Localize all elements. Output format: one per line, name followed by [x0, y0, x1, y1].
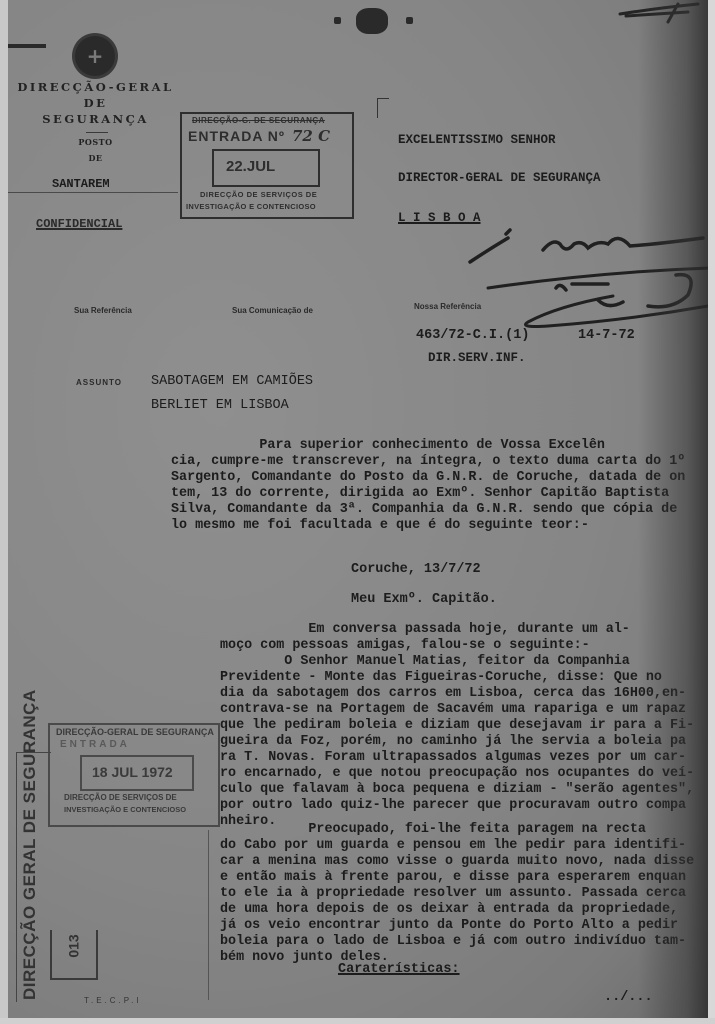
label-sua-comunicacao: Sua Comunicação de — [232, 306, 313, 315]
posto-label: POSTO — [8, 137, 183, 147]
letter-line: Em conversa passada hoje, durante um al- — [220, 622, 630, 637]
subject-label: ASSUNTO — [76, 378, 122, 387]
stamp-footer2: INVESTIGAÇÃO E CONTENCIOSO — [186, 202, 316, 211]
page-mark-dot — [334, 17, 341, 24]
stamp-entry-label: ENTRADA — [60, 739, 130, 750]
addressee-line2: DIRECTOR-GERAL DE SEGURANÇA — [398, 171, 601, 185]
intro-line: Sargento, Comandante do Posto da G.N.R. … — [171, 470, 685, 485]
letter-line: que lhe pediram boleia e diziam que dese… — [220, 718, 694, 733]
letter-line: O Senhor Manuel Matias, feitor da Compan… — [220, 654, 630, 669]
letter-line: do Cabo por um guarda e pensou em lhe pe… — [220, 838, 686, 853]
letter-line: to ele ia à propriedade resolver um assu… — [220, 886, 686, 901]
letter-line: Previdente - Monte das Figueiras-Coruche… — [220, 670, 662, 685]
address-corner-mark — [377, 98, 378, 118]
letter-place-date: Coruche, 13/7/72 — [351, 562, 481, 577]
stamp-header: DIRECÇÃO-GERAL DE SEGURANÇA — [56, 727, 214, 737]
subject-line1: SABOTAGEM EM CAMIÕES — [151, 374, 313, 389]
addressee-line1: EXCELENTISSIMO SENHOR — [398, 133, 556, 147]
classification-label: CONFIDENCIAL — [36, 217, 122, 231]
vertical-stamp-footer: T.E.C.P.I — [84, 996, 142, 1005]
subject-line2: BERLIET EM LISBOA — [151, 398, 289, 413]
stamp-date: 22.JUL — [226, 158, 275, 175]
stamp-footer1: DIRECÇÃO DE SERVIÇOS DE — [64, 793, 177, 802]
org-name-line3: SEGURANÇA — [8, 112, 183, 126]
stamp-date-box: 22.JUL — [212, 149, 320, 187]
org-name-line1: DIRECÇÃO-GERAL — [8, 80, 183, 94]
intro-line: Para superior conhecimento de Vossa Exce… — [171, 438, 605, 453]
top-left-bar — [8, 44, 46, 48]
page-mark-dot — [406, 17, 413, 24]
letter-line: car a menina mas como visse o guarda mui… — [220, 854, 694, 869]
stamp-entry-label: ENTRADA Nº — [188, 128, 285, 144]
vertical-stamp-number-box: 013 — [50, 930, 98, 980]
stamp-footer2: INVESTIGAÇÃO E CONTENCIOSO — [64, 805, 186, 814]
letter-line: por outro lado quiz-lhe parecer que proc… — [220, 798, 686, 813]
entry-stamp-top: DIRECÇÃO-G. DE SEGURANÇA ENTRADA Nº 72 C… — [180, 112, 354, 219]
intro-line: Silva, Comandante da 3ª. Companhia da G.… — [171, 502, 677, 517]
nossa-referencia-value: 463/72-C.I.(1) — [416, 328, 529, 343]
stamp-footer1: DIRECÇÃO DE SERVIÇOS DE — [200, 190, 317, 199]
stamp-guide-line — [208, 830, 209, 1000]
label-nossa-referencia: Nossa Referência — [414, 302, 481, 311]
letter-line: dia da sabotagem dos carros em Lisboa, c… — [220, 686, 686, 701]
letter-line: já os veio encontrar junto da Ponte do P… — [220, 918, 678, 933]
scan-bottom-margin — [0, 1018, 715, 1024]
stamp-date: 18 JUL 1972 — [92, 764, 173, 780]
coat-of-arms-icon — [75, 36, 115, 76]
letter-line: ra T. Novas. Foram ultrapassados algumas… — [220, 750, 686, 765]
scan-left-margin — [0, 0, 8, 1024]
label-sua-referencia: Sua Referência — [74, 306, 132, 315]
scan-right-margin — [708, 0, 715, 1024]
intro-line: cia, cumpre-me transcrever, na íntegra, … — [171, 454, 685, 469]
org-name-line2: DE — [8, 96, 183, 110]
letter-line: e então mais à frente parou, e disse par… — [220, 870, 686, 885]
letter-paragraph-2: Preocupado, foi-lhe feita paragem na rec… — [220, 822, 710, 972]
letter-line: culo que falavam à boca pequena e diziam… — [220, 782, 694, 797]
reference-date: 14-7-72 — [578, 328, 635, 343]
entry-stamp-bottom: DIRECÇÃO-GERAL DE SEGURANÇA ENTRADA 18 J… — [48, 723, 220, 827]
letter-line: de uma hora depois de os deixar à entrad… — [220, 902, 678, 917]
posto-location: SANTAREM — [52, 177, 110, 191]
header-divider — [86, 132, 108, 133]
letter-line: boleia para o lado de Lisboa e já com ou… — [220, 934, 686, 949]
de-label: DE — [8, 153, 183, 163]
address-corner-mark — [377, 98, 389, 99]
letter-line: moço com pessoas amigas, falou-se o segu… — [220, 638, 590, 653]
intro-line: lo mesmo me foi facultada e que é do seg… — [171, 518, 589, 533]
intro-paragraph: Para superior conhecimento de Vossa Exce… — [171, 438, 701, 538]
scan-edge-shadow — [638, 0, 708, 1018]
vertical-stamp-border — [16, 752, 17, 1002]
intro-line: tem, 13 do corrente, dirigida ao Exmº. S… — [171, 486, 669, 501]
stamp-entry-number: 72 C — [292, 127, 330, 145]
section-heading: Caraterísticas: — [338, 962, 460, 977]
stamp-date-box: 18 JUL 1972 — [80, 755, 194, 791]
letter-paragraph-1: Em conversa passada hoje, durante um al-… — [220, 622, 710, 832]
letter-line: Preocupado, foi-lhe feita paragem na rec… — [220, 822, 646, 837]
document-page: DIRECÇÃO-GERAL DE SEGURANÇA POSTO DE SAN… — [8, 0, 708, 1018]
location-rule — [8, 192, 178, 193]
department-code: DIR.SERV.INF. — [428, 351, 526, 365]
vertical-stamp-number: 013 — [66, 934, 82, 957]
emblem-small-icon — [356, 8, 388, 34]
letter-salutation: Meu Exmº. Capitão. — [351, 592, 497, 607]
letter-line: ro encarnado, e que notou preocupação no… — [220, 766, 694, 781]
letter-line: gueira da Foz, porém, no caminho já lhe … — [220, 734, 686, 749]
stamp-header: DIRECÇÃO-G. DE SEGURANÇA — [192, 116, 325, 125]
vertical-stamp-text: DIRECÇÃO GERAL DE SEGURANÇA — [20, 689, 40, 1000]
letter-line: contrava-se na Portagem de Sacavém uma r… — [220, 702, 686, 717]
